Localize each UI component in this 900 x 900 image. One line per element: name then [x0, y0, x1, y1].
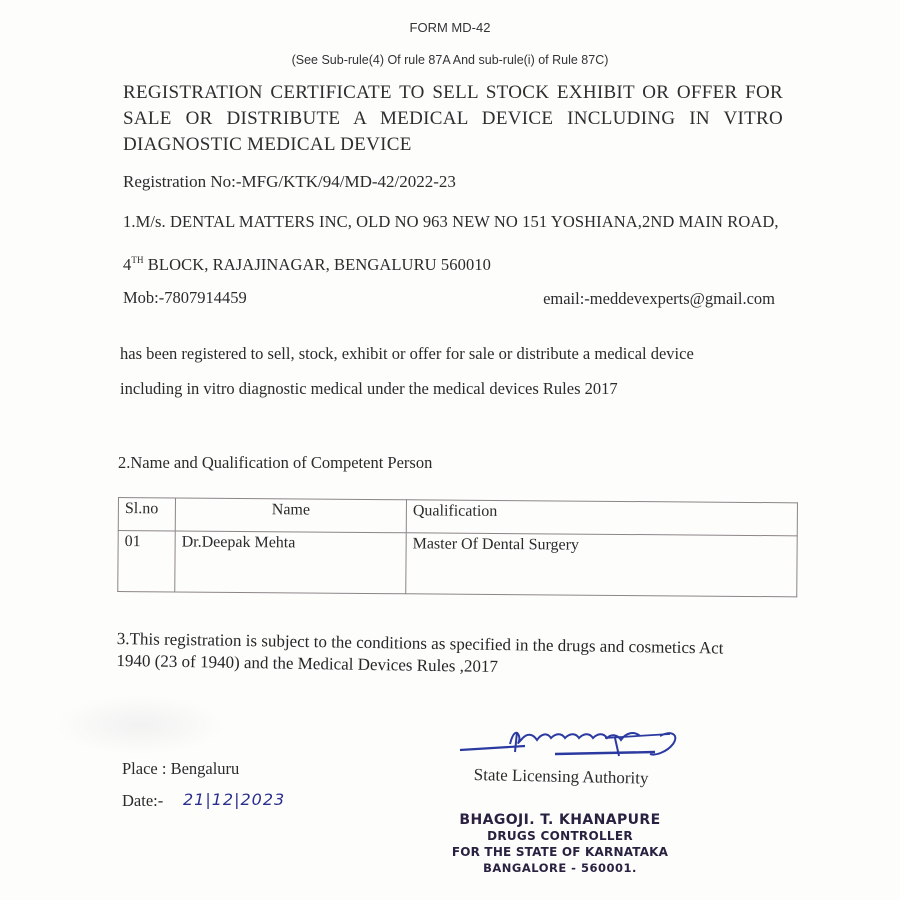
stamp-designation: DRUGS CONTROLLER — [445, 828, 675, 844]
cell-name: Dr.Deepak Mehta — [175, 531, 406, 594]
cell-sl-no: 01 — [118, 531, 175, 592]
address-superscript: TH — [131, 255, 143, 265]
header-sl-no: Sl.no — [118, 498, 175, 531]
registration-number: Registration No:-MFG/KTK/94/MD-42/2022-2… — [123, 172, 456, 192]
header-qualification: Qualification — [406, 500, 797, 536]
conditions-text: 3.This registration is subject to the co… — [116, 628, 747, 682]
scan-smudge — [55, 695, 225, 755]
header-name: Name — [175, 498, 406, 533]
certificate-page: FORM MD-42 (See Sub-rule(4) Of rule 87A … — [0, 0, 900, 900]
mobile-number: Mob:-7807914459 — [123, 288, 247, 308]
licensing-authority: State Licensing Authority — [474, 765, 649, 789]
section-2-heading: 2.Name and Qualification of Competent Pe… — [118, 453, 432, 473]
signature-icon — [455, 722, 705, 762]
address-part-2: BLOCK, RAJAJINAGAR, BENGALURU 560010 — [144, 255, 491, 274]
sub-rule-reference: (See Sub-rule(4) Of rule 87A And sub-rul… — [0, 53, 900, 67]
table-header-row: Sl.no Name Qualification — [118, 498, 797, 536]
stamp-name: BHAGOJI. T. KHANAPURE — [445, 812, 675, 828]
registration-statement: has been registered to sell, stock, exhi… — [120, 336, 740, 406]
firm-address: 1.M/s. DENTAL MATTERS INC, OLD NO 963 NE… — [123, 203, 783, 284]
stamp-jurisdiction: FOR THE STATE OF KARNATAKA — [445, 844, 675, 860]
date-label: Date:- — [122, 791, 163, 811]
table-row: 01 Dr.Deepak Mehta Master Of Dental Surg… — [118, 531, 797, 597]
email-address: email:-meddevexperts@gmail.com — [543, 289, 775, 309]
place: Place : Bengaluru — [122, 759, 239, 779]
certificate-title: REGISTRATION CERTIFICATE TO SELL STOCK E… — [123, 80, 783, 158]
handwritten-date: 21|12|2023 — [183, 790, 285, 809]
competent-person-table: Sl.no Name Qualification 01 Dr.Deepak Me… — [117, 497, 798, 597]
stamp-location: BANGALORE - 560001. — [445, 860, 675, 876]
cell-qualification: Master Of Dental Surgery — [406, 533, 797, 597]
form-number: FORM MD-42 — [0, 20, 900, 35]
official-stamp: BHAGOJI. T. KHANAPURE DRUGS CONTROLLER F… — [445, 812, 675, 876]
